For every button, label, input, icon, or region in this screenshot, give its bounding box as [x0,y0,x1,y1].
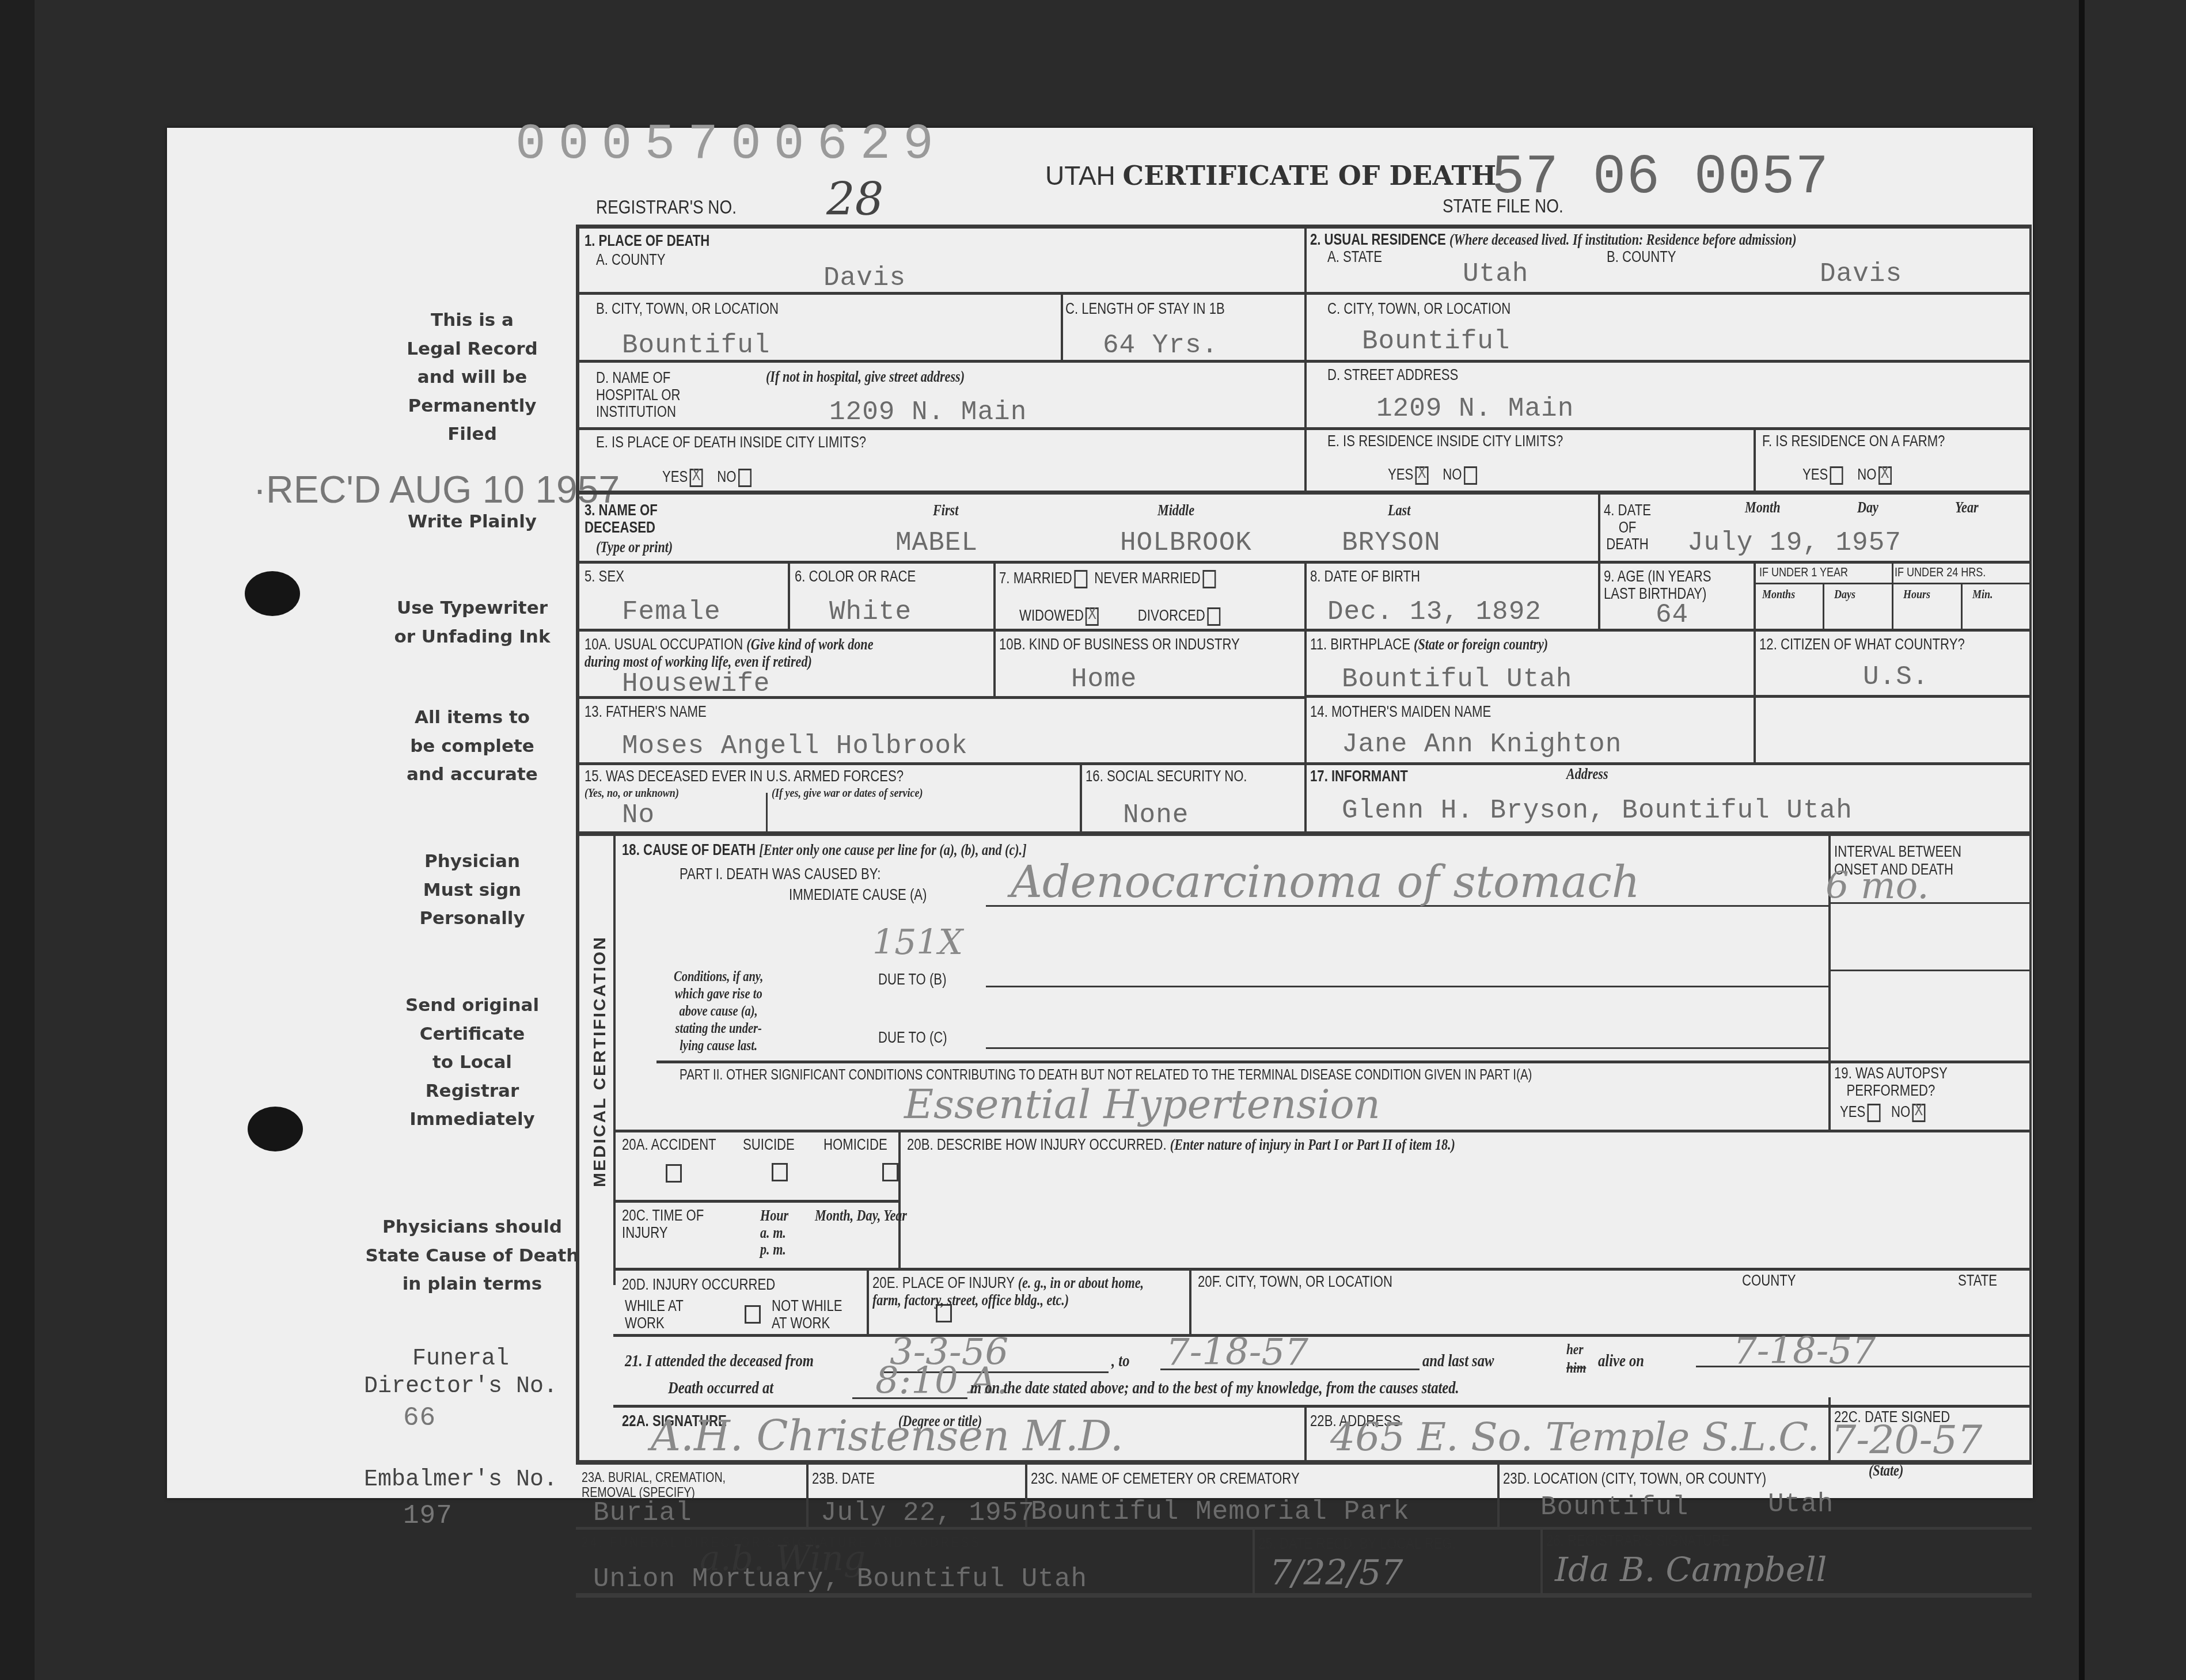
burial-location-label: 23d. LOCATION (City, town, or county) [1503,1470,1766,1488]
write-plainly-notice: Write Plainly [392,508,553,537]
hours-label: Hours [1903,587,1930,601]
embalmer-no: 197 [403,1501,453,1531]
attended-text: 21. I attended the deceased from [625,1351,814,1370]
mother-name-value[interactable]: Jane Ann Knighton [1342,729,1622,759]
typewriter-notice: Use Typewriter or Unfading Ink [380,594,564,651]
hospital-value[interactable]: 1209 N. Main [829,397,1027,427]
interval-value[interactable]: 6 mo. [1826,865,1929,907]
date-recd-label: 25. DATE RECD. BY LOCAL REG. [1258,1535,1456,1553]
autopsy-yes-checkbox[interactable] [1868,1104,1881,1122]
first-name-label: First [933,502,958,519]
name-hint: (Type or print) [596,539,673,556]
while-at-work-label: WHILE AT WORK [625,1298,684,1332]
registrars-no: 28 [826,174,883,226]
ssn-value[interactable]: None [1123,800,1189,830]
homicide-label: HOMICIDE [823,1137,887,1154]
farm-options: YES NO [1802,466,1892,485]
citizen-value[interactable]: U.S. [1863,662,1929,692]
burial-type-label: 23a. BURIAL, CREMATION, REMOVAL (Specify… [582,1470,726,1501]
farm-label: f. IS RESIDENCE ON A FARM? [1762,433,1945,450]
mother-name-label: 14. MOTHER'S MAIDEN NAME [1310,704,1491,721]
injury-occurred-label: 20d. INJURY OCCURRED [622,1276,775,1294]
legal-record-notice: This is a Legal Record and will be Perma… [392,306,553,449]
date-signed-value[interactable]: 7-20-57 [1831,1417,1982,1463]
burial-state-label: (State) [1869,1462,1903,1480]
business-value[interactable]: Home [1071,664,1137,694]
him-text: him [1566,1360,1586,1377]
state-file-no-label: STATE FILE No. [1443,196,1563,217]
date-of-death-label: 4. DATE OF DEATH [1604,502,1651,553]
inside-city-yes-checkbox[interactable] [690,469,703,487]
punch-hole-top [245,571,300,616]
marital-status-top: 7. MARRIED NEVER MARRIED [999,570,1216,588]
autopsy-options: YES NO [1840,1104,1925,1122]
cause-of-death-heading: 18. CAUSE OF DEATH [Enter only one cause… [622,842,1027,859]
armed-forces-hint-2: (If yes, give war or dates of service) [772,786,923,800]
last-name-label: Last [1388,502,1410,519]
occupation-label: 10a. USUAL OCCUPATION (Give kind of work… [585,636,873,670]
residence-city-value[interactable]: Bountiful [1362,326,1510,356]
marital-status-bottom: WIDOWED DIVORCED [1019,607,1220,626]
suicide-checkbox[interactable] [772,1163,788,1181]
received-stamp: ·REC'D AUG 10 1957 [253,467,620,511]
funeral-director-no: 66 [403,1403,436,1433]
min-label: Min. [1972,587,1993,601]
usual-residence-heading: 2. USUAL RESIDENCE (Where deceased lived… [1310,231,1797,249]
injury-state-label: STATE [1958,1272,1997,1290]
part1-label: PART I. DEATH WAS CAUSED BY: [680,866,881,883]
inside-city-no-checkbox[interactable] [738,469,752,487]
dob-label: 8. DATE OF BIRTH [1310,568,1420,586]
attended-to-value[interactable]: 7-18-57 [1166,1331,1308,1374]
place-of-injury-label: 20e. PLACE OF INJURY (e. g., in or about… [872,1275,1144,1309]
farm-yes-checkbox[interactable] [1830,466,1843,485]
residence-city-label: c. CITY, TOWN, OR LOCATION [1327,301,1511,318]
residence-county-value[interactable]: Davis [1820,259,1902,289]
cause-plain-terms-notice: Physicians should State Cause of Death i… [357,1213,587,1299]
immediate-cause-label: IMMEDIATE CAUSE (a) [789,887,927,904]
residence-inside-city-no-checkbox[interactable] [1464,466,1477,485]
hospital-label: d. NAME OF HOSPITAL OR INSTITUTION [596,370,680,421]
send-original-notice: Send original Certificate to Local Regis… [386,991,559,1134]
place-of-death-heading: 1. PLACE OF DEATH [585,233,709,250]
describe-injury-label: 20b. DESCRIBE HOW INJURY OCCURRED. (Ente… [907,1137,1455,1154]
items-complete-notice: All items to be complete and accurate [386,704,559,789]
injury-county-label: COUNTY [1742,1272,1796,1290]
date-of-death-value[interactable]: July 19, 1957 [1687,528,1902,558]
never-married-checkbox[interactable] [1202,570,1216,588]
place-city-label: b. CITY, TOWN, OR LOCATION [596,301,779,318]
age-value[interactable]: 64 [1656,600,1688,630]
due-to-b-label: DUE TO (b) [878,971,947,989]
accident-label: 20a. ACCIDENT [622,1137,716,1154]
funeral-director-value[interactable]: Union Mortuary, Bountiful Utah [593,1564,1087,1594]
ssn-label: 16. SOCIAL SECURITY NO. [1086,768,1247,785]
to-text: , to [1111,1351,1129,1370]
funeral-director-no-label: Funeral Director's No. [363,1345,559,1401]
residence-street-value[interactable]: 1209 N. Main [1376,394,1574,424]
due-to-c-label: DUE TO (c) [878,1029,947,1047]
not-while-at-work-label: NOT WHILE AT WORK [772,1298,842,1332]
registrar-signature-label: 26. REGISTRAR'S SIGNATURE [1546,1533,1730,1550]
informant-label: 17. INFORMANT [1310,768,1408,785]
embalmer-no-label: Embalmer's No. [363,1466,559,1494]
father-name-value[interactable]: Moses Angell Holbrook [622,731,968,761]
title: CERTIFICATE OF DEATH [1123,160,1497,191]
farm-no-checkbox[interactable] [1878,466,1892,485]
part2-value[interactable]: Essential Hypertension [904,1081,1380,1128]
informant-address-label: Address [1566,766,1608,783]
residence-county-label: b. COUNTY [1607,249,1676,266]
burial-date-value[interactable]: July 22, 1957 [821,1498,1035,1528]
sex-label: 5. SEX [585,568,624,586]
months-label: Months [1762,587,1795,601]
middle-name-label: Middle [1157,502,1194,519]
father-name-label: 13. FATHER'S NAME [585,704,707,721]
physician-sign-notice: Physician Must sign Personally [392,847,553,933]
registrars-no-label: REGISTRAR'S NO. [596,197,737,218]
day-label: Day [1857,499,1878,516]
first-name-value[interactable]: MABEL [895,528,978,558]
cemetery-value[interactable]: Bountiful Memorial Park [1031,1497,1410,1527]
inside-city-limits-label: e. IS PLACE OF DEATH INSIDE CITY LIMITS? [596,434,866,451]
medical-certification-side-label: MEDICAL CERTIFICATION [590,936,610,1187]
burial-date-label: 23b. DATE [812,1470,875,1488]
length-of-stay-value[interactable]: 64 Yrs. [1103,330,1218,360]
birthplace-label: 11. BIRTHPLACE (State or foreign country… [1310,636,1548,653]
residence-street-label: d. STREET ADDRESS [1327,367,1458,384]
homicide-checkbox[interactable] [882,1163,898,1181]
armed-forces-hint-1: (Yes, no, or unknown) [585,786,679,800]
armed-forces-label: 15. WAS DECEASED EVER IN U.S. ARMED FORC… [585,768,904,785]
hour-label: Hour a. m. p. m. [760,1207,788,1259]
form-title: UTAH CERTIFICATE OF DEATH [1045,160,1496,191]
while-at-work-checkbox[interactable] [745,1305,761,1324]
month-day-year-label: Month, Day, Year [815,1207,907,1225]
residence-inside-city-options: YES NO [1388,466,1477,485]
last-saw-text: and last saw [1422,1351,1494,1370]
birthplace-value[interactable]: Bountiful Utah [1342,664,1572,694]
occupation-value[interactable]: Housewife [622,669,770,699]
burial-location-state[interactable]: Utah [1768,1489,1834,1519]
injury-city-label: 20f. CITY, TOWN, OR LOCATION [1198,1274,1392,1291]
residence-inside-city-yes-checkbox[interactable] [1415,466,1429,485]
immediate-cause-value[interactable]: Adenocarcinoma of stomach [1011,856,1640,907]
binder-edge-right [2079,0,2085,1680]
under-1-year-label: IF UNDER 1 YEAR [1759,565,1848,579]
age-label: 9. AGE (In years last birthday) [1604,568,1711,602]
conditions-hint: Conditions, if any, which gave rise to a… [674,968,763,1055]
under-24-hrs-label: IF UNDER 24 HRS. [1895,565,1986,579]
title-prefix: UTAH [1045,161,1115,191]
hospital-hint: (If not in hospital, give street address… [766,368,965,386]
dob-value[interactable]: Dec. 13, 1892 [1327,597,1542,627]
registrar-signature[interactable]: Ida B. Campbell [1555,1550,1827,1589]
divorced-checkbox[interactable] [1207,607,1220,626]
informant-value[interactable]: Glenn H. Bryson, Bountiful Utah [1342,796,1853,826]
inside-city-options: YES NO [662,469,752,487]
place-city-value[interactable]: Bountiful [622,330,770,360]
business-label: 10b. KIND OF BUSINESS OR INDUSTRY [999,636,1240,653]
widowed-checkbox[interactable] [1086,607,1099,626]
length-of-stay-label: c. LENGTH OF STAY IN 1b [1065,301,1225,318]
year-label: Year [1955,499,1979,516]
place-county-value[interactable]: Davis [823,263,906,293]
sex-value[interactable]: Female [622,597,721,627]
autopsy-label: 19. WAS AUTOPSY PERFORMED? [1834,1065,1948,1099]
last-saw-date-value[interactable]: 7-18-57 [1733,1330,1876,1373]
name-of-deceased-label: 3. NAME OF DECEASED [585,502,658,536]
last-name-value[interactable]: BRYSON [1342,528,1441,558]
middle-name-value[interactable]: HOLBROOK [1120,528,1252,558]
knowledge-statement: m on the date stated above; and to the b… [970,1378,1459,1397]
autopsy-no-checkbox[interactable] [1912,1104,1925,1122]
punch-hole-bottom [248,1107,303,1151]
race-value[interactable]: White [829,597,912,627]
month-label: Month [1745,499,1781,516]
cause-code-note: 151X [872,922,963,963]
days-label: Days [1834,587,1855,601]
date-recd-value[interactable]: 7/22/57 [1270,1553,1403,1593]
serial-number: 0005700629 [515,116,946,173]
her-text: her [1566,1341,1584,1358]
race-label: 6. COLOR OR RACE [795,568,916,586]
citizen-label: 12. CITIZEN OF WHAT COUNTRY? [1759,636,1965,653]
death-occurred-text: Death occurred at [668,1378,773,1397]
accident-checkbox[interactable] [666,1164,682,1183]
alive-on-text: alive on [1598,1351,1644,1370]
residence-state-label: a. STATE [1327,249,1382,266]
residence-inside-city-label: e. IS RESIDENCE INSIDE CITY LIMITS? [1327,433,1563,450]
burial-type-value[interactable]: Burial [593,1498,692,1528]
armed-forces-value[interactable]: No [622,800,655,830]
binder-edge-left [0,0,35,1680]
married-checkbox[interactable] [1074,570,1087,588]
place-county-label: a. COUNTY [596,252,666,269]
cemetery-label: 23c. NAME OF CEMETERY OR CREMATORY [1031,1470,1300,1488]
death-certificate-page: 0005700629 REGISTRAR'S NO. 28 UTAH CERTI… [167,128,2033,1498]
time-of-injury-label: 20c. TIME OF INJURY [622,1207,704,1241]
residence-state-value[interactable]: Utah [1463,259,1528,289]
physician-signature[interactable]: A.H. Christensen M.D. [651,1412,1124,1460]
burial-location-city[interactable]: Bountiful [1540,1492,1688,1522]
suicide-label: SUICIDE [743,1137,795,1154]
physician-address-value[interactable]: 465 E. So. Temple S.L.C. [1330,1415,1820,1460]
